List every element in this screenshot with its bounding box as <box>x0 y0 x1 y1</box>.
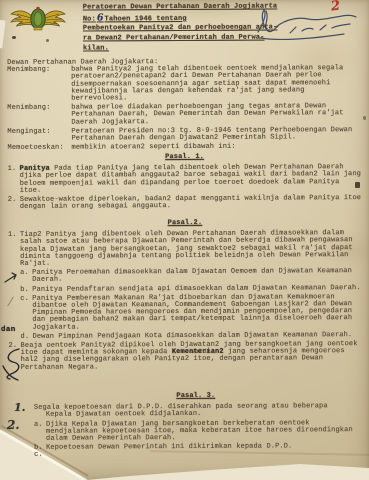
item-text: Tiap2 Panitya jang dibentoek oleh Dewan … <box>20 229 353 268</box>
item-text: Panitya Pendaftaran sendjata api dimasoe… <box>32 284 360 294</box>
handwritten-margin-number-2: 2. <box>7 418 20 432</box>
item-text: Segala kepoetoesan dari D.P.D. diserahka… <box>34 402 328 419</box>
inserted-typed-word: satoe <box>191 348 211 355</box>
item-letter: a. <box>20 270 32 277</box>
handwritten-number: 6 <box>96 12 105 23</box>
doc-year-line: Tahoen 1946 tentang <box>105 15 187 23</box>
handwritten-margin-number-1: 1. <box>14 401 25 414</box>
article-3-heading: Pasal. 3. <box>34 392 358 401</box>
article-3-sub-c: c. <box>34 451 358 460</box>
paragraph-text: bahwa Panitya2 jang telah dibentoek oent… <box>71 64 343 102</box>
ink-speck <box>12 36 16 39</box>
article-2-heading: Pasal.2. <box>8 219 362 228</box>
typewritten-text-layer: Peratoeran Dewan Pertahanan Daerah Jogja… <box>0 0 369 480</box>
item-text: Kepoetoesan Dewan Pemerintah ini dikirim… <box>46 443 292 452</box>
consideration-paragraph: Mengingat:Peratoeran Presiden no:3 tg. 8… <box>7 127 361 143</box>
item-letter: d. <box>20 334 32 341</box>
preamble-section: Dewan Pertahanan Daerah Jogjakarta: Meni… <box>7 58 361 154</box>
item-text: Dewan Pimpinan Pendjagaan Kota dimasoekk… <box>32 331 352 341</box>
consideration-paragraph: Menimbang:bahwa Panitya2 jang telah dibe… <box>7 65 361 103</box>
item-number: 1. <box>8 232 20 239</box>
item-letter: a. <box>34 421 46 428</box>
article-2-section: Pasal.2. 1.Tiap2 Panitya jang dibentoek … <box>8 219 363 374</box>
doc-title-line5: kilan. <box>83 43 321 54</box>
item-text: Panitya Peroemahan dimasoekkan dalam Dja… <box>32 267 352 284</box>
ink-margin-flourish-icon <box>1 347 27 381</box>
item-number: 1. <box>8 166 20 173</box>
consideration-paragraph: Menimbang:bahwa perloe diadakan perhoebo… <box>7 103 361 126</box>
item-letter: c. <box>20 296 32 303</box>
handwritten-margin-word: dan <box>1 326 16 334</box>
ink-speck <box>355 182 360 188</box>
paragraph-text: membikin atoeran2 seperti dibawah ini: <box>71 143 235 152</box>
ink-speck <box>46 39 49 42</box>
item-text: Pada tiap Panitya jang telah dibentoek o… <box>20 163 361 194</box>
item-text: Sewaktoe-waktoe diperloekan, badan2 dapa… <box>20 194 361 211</box>
article-1-item-2: 2.Sewaktoe-waktoe diperloekan, badan2 da… <box>8 195 362 211</box>
paragraph-text: bahwa perloe diadakan perhoeboengan jang… <box>71 102 343 126</box>
article-2-item-1: 1.Tiap2 Panitya jang dibentoek oleh Dewa… <box>8 230 362 268</box>
document-header: Peratoeran Dewan Pertahanan Daerah Jogja… <box>83 2 321 54</box>
paragraph-label: Menimbang: <box>7 67 71 75</box>
item-number: 2. <box>8 197 20 204</box>
article-2-sub-c: c.Panitya Pemberesan Makanan Ra'jat dibo… <box>20 294 362 332</box>
item-text: Panitya Pemberesan Makanan Ra'jat diboeb… <box>32 293 352 331</box>
consideration-paragraph: Memoetoeskan:membikin atoeran2 seperti d… <box>8 143 362 152</box>
article-2-item-2: 2.Beaja oentoek Panitya2 dipikoel oleh D… <box>9 341 363 372</box>
paragraph-text: Peratoeran Presiden no:3 tg. 8-9-1946 te… <box>71 126 352 143</box>
item-letter: c. <box>34 452 46 459</box>
item-text: Djika Kepala Djawatan jang bersangkoetan… <box>46 419 353 443</box>
item-letter: b. <box>20 286 32 293</box>
doc-number-label: No: <box>83 15 96 23</box>
document-page: 2 Peratoeran Dewan Pertahanan Daerah Jog… <box>0 0 369 480</box>
article-1-section: Pasal. 1. 1.Panitya Pada tiap Panitya ja… <box>8 153 362 213</box>
article-3-sub-a: a.Djika Kepala Djawatan jang bersangkoet… <box>34 420 358 443</box>
article-1-item-1: 1.Panitya Pada tiap Panitya jang telah d… <box>8 164 362 195</box>
article-3-section: Pasal. 3. Segala kepoetoesan dari D.P.D.… <box>34 392 358 461</box>
article-1-heading: Pasal. 1. <box>8 153 362 162</box>
ink-speck <box>363 116 366 120</box>
article-3-item-1: Segala kepoetoesan dari D.P.D. diserahka… <box>34 403 358 419</box>
paragraph-label: Mengingat: <box>7 128 71 136</box>
article-2-sub-a: a.Panitya Peroemahan dimasoekkan dalam D… <box>20 268 362 284</box>
paragraph-label: Memoetoeskan: <box>8 145 72 153</box>
paragraph-label: Menimbang: <box>7 105 71 113</box>
margin-check-mark-icon <box>3 271 21 285</box>
